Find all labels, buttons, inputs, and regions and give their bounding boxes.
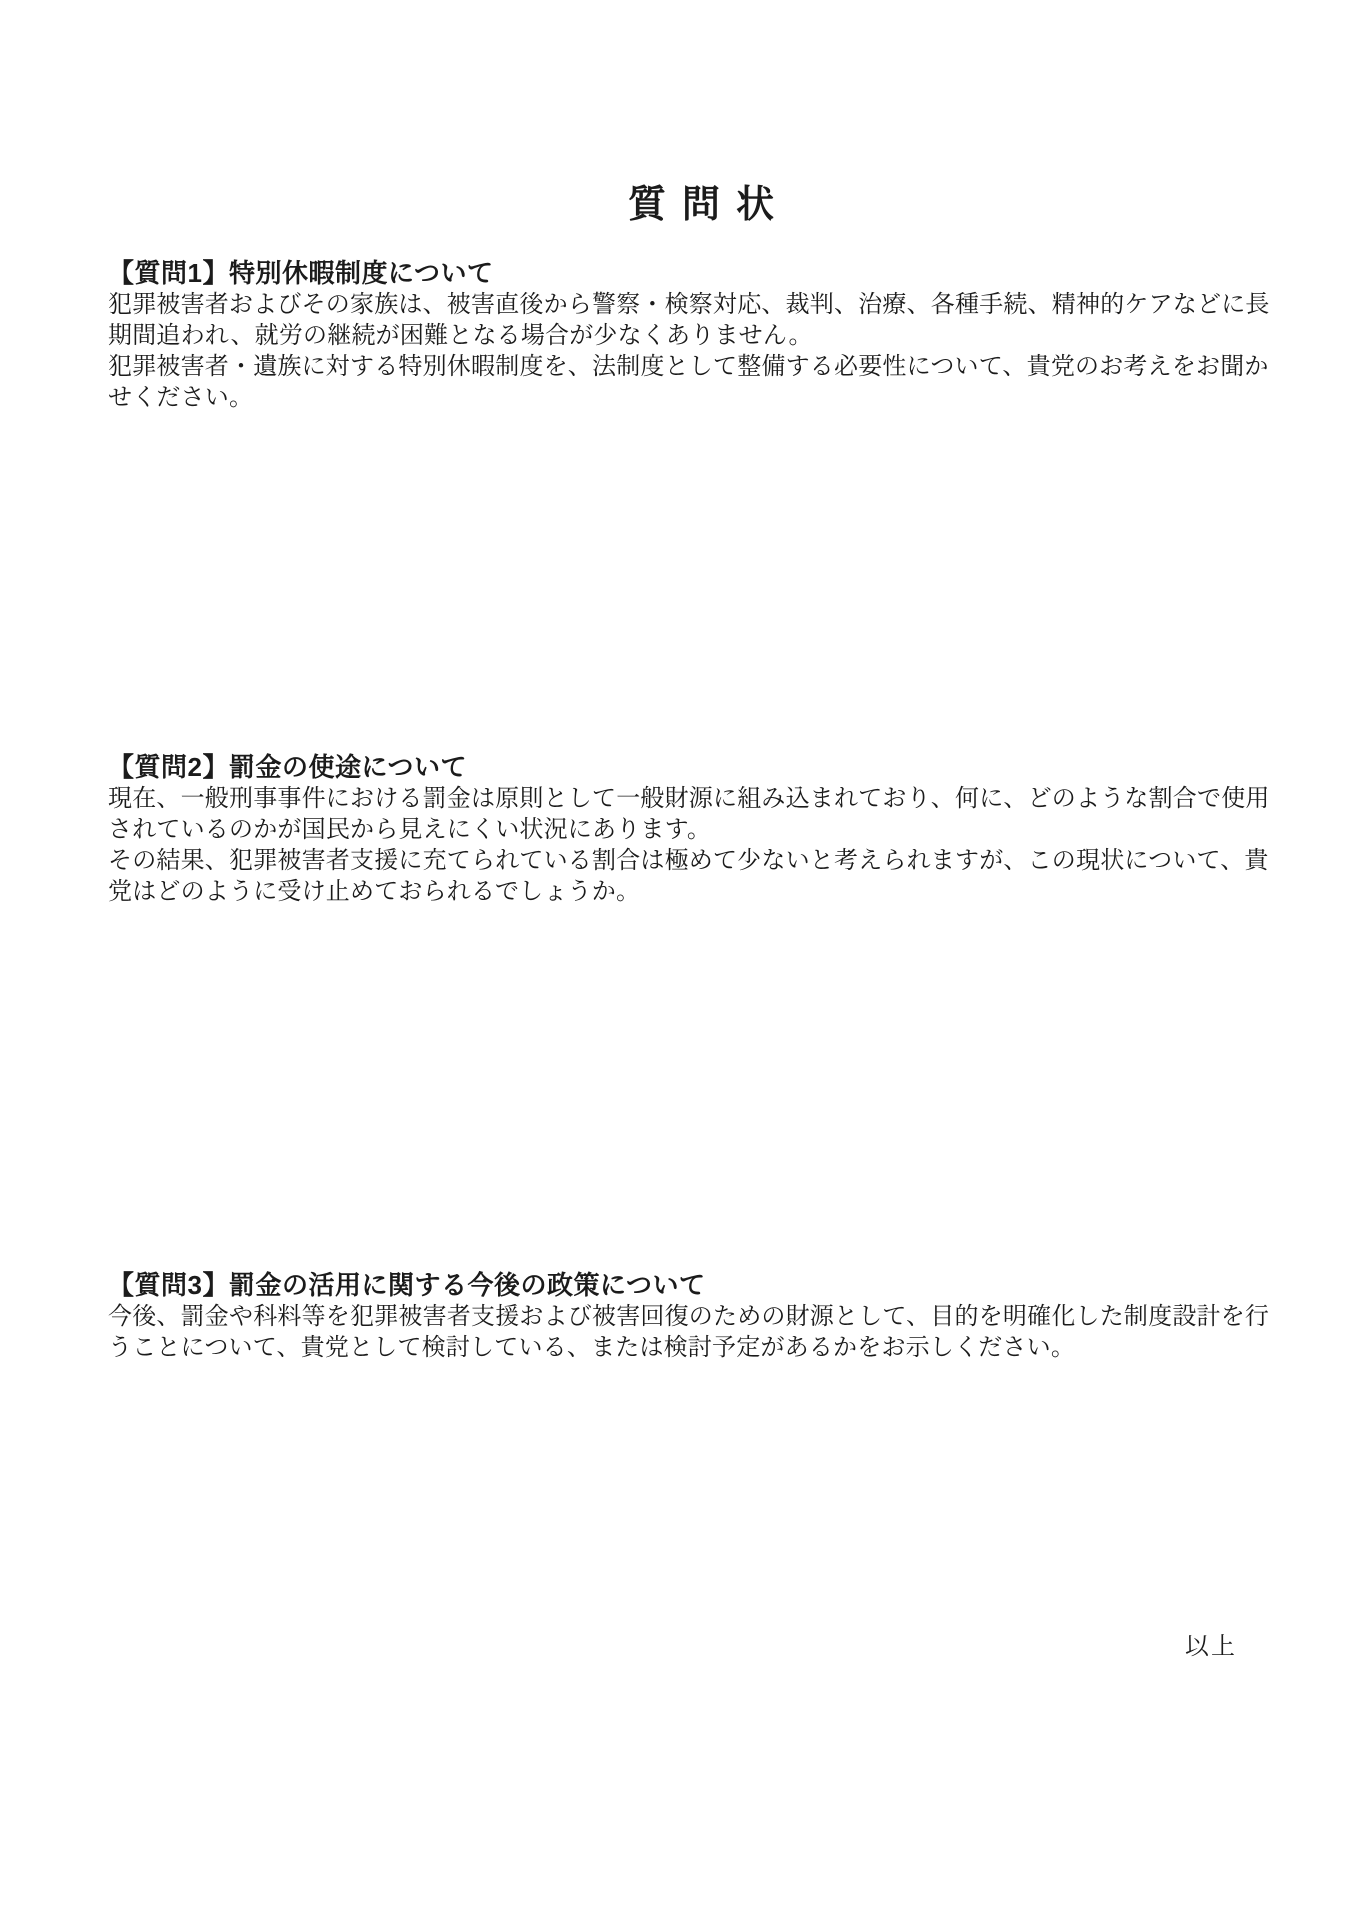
text-line: せください。 — [108, 383, 1268, 414]
text-line: 党はどのように受け止めておられるでしょうか。 — [108, 877, 1268, 908]
question-3-heading: 【質問3】罰金の活用に関する今後の政策について — [108, 1270, 1268, 1301]
question-1-body: 犯罪被害者およびその家族は、被害直後から警察・検察対応、裁判、治療、各種手続、精… — [108, 290, 1268, 414]
text-line: されているのかが国民から見えにくい状況にあります。 — [108, 815, 1268, 846]
question-section-2: 【質問2】罰金の使途について 現在、一般刑事事件における罰金は原則として一般財源… — [108, 752, 1268, 908]
text-line: 犯罪被害者・遺族に対する特別休暇制度を、法制度として整備する必要性について、貴党… — [108, 352, 1268, 383]
text-line: 犯罪被害者およびその家族は、被害直後から警察・検察対応、裁判、治療、各種手続、精… — [108, 290, 1268, 321]
document-page: 質問状 【質問1】特別休暇制度について 犯罪被害者およびその家族は、被害直後から… — [0, 0, 1357, 1920]
question-section-1: 【質問1】特別休暇制度について 犯罪被害者およびその家族は、被害直後から警察・検… — [108, 258, 1268, 414]
question-3-body: 今後、罰金や科料等を犯罪被害者支援および被害回復のための財源として、目的を明確化… — [108, 1302, 1268, 1364]
page-title: 質問状 — [628, 183, 790, 227]
closing-mark: 以上 — [1185, 1632, 1237, 1663]
text-line: うことについて、貴党として検討している、または検討予定があるかをお示しください。 — [108, 1333, 1268, 1364]
text-line: 現在、一般刑事事件における罰金は原則として一般財源に組み込まれており、何に、どの… — [108, 784, 1268, 815]
question-1-heading: 【質問1】特別休暇制度について — [108, 258, 1268, 289]
text-line: 今後、罰金や科料等を犯罪被害者支援および被害回復のための財源として、目的を明確化… — [108, 1302, 1268, 1333]
question-2-heading: 【質問2】罰金の使途について — [108, 752, 1268, 783]
text-line: その結果、犯罪被害者支援に充てられている割合は極めて少ないと考えられますが、この… — [108, 846, 1268, 877]
question-section-3: 【質問3】罰金の活用に関する今後の政策について 今後、罰金や科料等を犯罪被害者支… — [108, 1270, 1268, 1364]
text-line: 期間追われ、就労の継続が困難となる場合が少なくありません。 — [108, 321, 1268, 352]
question-2-body: 現在、一般刑事事件における罰金は原則として一般財源に組み込まれており、何に、どの… — [108, 784, 1268, 908]
